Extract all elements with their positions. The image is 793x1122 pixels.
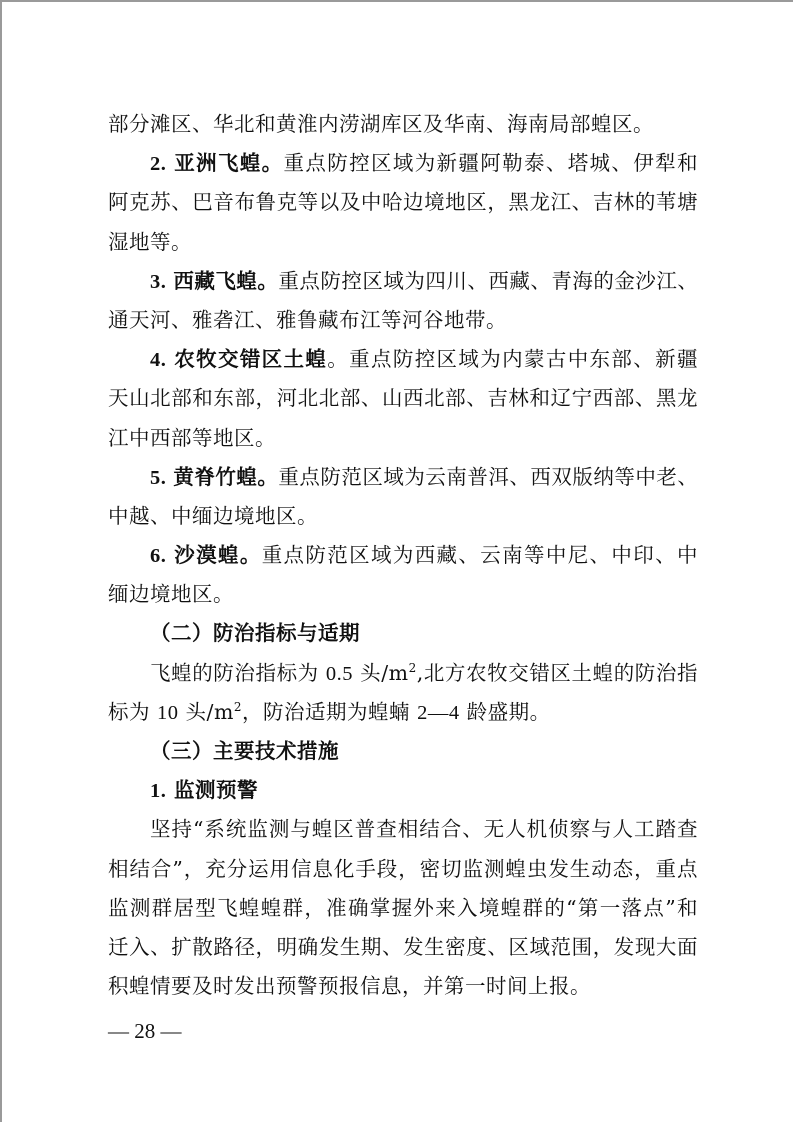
item-text: 重点防控区域为四川、西藏、青海的金沙江、 [278,269,698,293]
item-number: 2. [150,153,166,175]
item-title: 亚洲飞蝗。 [174,151,283,175]
text-span: 龄盛期。 [460,700,551,724]
paragraph-line: 部分滩区、华北和黄淮内涝湖库区及华南、海南局部蝗区。 [108,105,698,144]
text-span: 飞蝗的防治指标为 [150,661,326,685]
subsection-number: 1. [150,780,166,802]
section-heading-3: （三）主要技术措施 [108,732,698,771]
item-text: 重点防范区域为西藏、云南等中尼、中印、中 [262,543,698,567]
paragraph-line: 监测群居型飞蝗蝗群，准确掌握外来入境蝗群的“第一落点”和 [108,889,698,928]
threshold-value: 0.5 [326,663,353,685]
item-number: 4. [150,349,166,371]
item-4-line: 4. 农牧交错区土蝗。重点防控区域为内蒙古中东部、新疆 [108,340,698,379]
page-number: — 28 — [108,1019,182,1044]
text-span: ，防治适期为蝗蝻 [242,700,417,724]
item-number: 6. [150,545,166,567]
paragraph-line: 中越、中缅边境地区。 [108,497,698,536]
item-number: 5. [150,467,166,489]
paragraph-line: 缅边境地区。 [108,575,698,614]
paragraph-line: 天山北部和东部，河北北部、山西北部、吉林和辽宁西部、黑龙 [108,379,698,418]
superscript: 2 [409,661,417,675]
item-number: 3. [150,271,166,293]
paragraph-line: 阿克苏、巴音布鲁克等以及中哈边境地区，黑龙江、吉林的苇塘 [108,183,698,222]
page-content: 部分滩区、华北和黄淮内涝湖库区及华南、海南局部蝗区。 2. 亚洲飞蝗。重点防控区… [108,105,698,1006]
text-span: ,北方农牧交错区土蝗的防治指 [417,661,698,685]
item-text: 重点防控区域为新疆阿勒泰、塔城、伊犁和 [284,151,698,175]
item-title: 沙漠蝗。 [174,543,261,567]
subsection-title: 监测预警 [174,778,258,802]
text-span: 头/m [353,661,409,685]
item-5-line: 5. 黄脊竹蝗。重点防范区域为云南普洱、西双版纳等中老、 [108,458,698,497]
text-span: 头/m [179,700,234,724]
paragraph-line: 通天河、雅砻江、雅鲁藏布江等河谷地带。 [108,301,698,340]
paragraph-line: 湿地等。 [108,223,698,262]
paragraph-line: 标为 10 头/m2，防治适期为蝗蝻 2—4 龄盛期。 [108,693,698,732]
item-3-line: 3. 西藏飞蝗。重点防控区域为四川、西藏、青海的金沙江、 [108,262,698,301]
threshold-value: 10 [157,702,179,724]
paragraph-line: 坚持“系统监测与蝗区普查相结合、无人机侦察与人工踏查 [108,810,698,849]
subsection-heading-1: 1. 监测预警 [108,771,698,810]
paragraph-line: 飞蝗的防治指标为 0.5 头/m2,北方农牧交错区土蝗的防治指 [108,654,698,693]
item-text: 重点防范区域为云南普洱、西双版纳等中老、 [278,465,698,489]
document-page: 部分滩区、华北和黄淮内涝湖库区及华南、海南局部蝗区。 2. 亚洲飞蝗。重点防控区… [0,0,793,1122]
paragraph-line: 迁入、扩散路径，明确发生期、发生密度、区域范围，发现大面 [108,928,698,967]
paragraph-line: 江中西部等地区。 [108,419,698,458]
text-span: 标为 [108,700,157,724]
item-title: 农牧交错区土蝗 [174,347,327,371]
paragraph-line: 积蝗情要及时发出预警预报信息，并第一时间上报。 [108,967,698,1006]
superscript: 2 [234,700,242,714]
item-title: 黄脊竹蝗。 [173,465,278,489]
section-heading-2: （二）防治指标与适期 [108,614,698,653]
item-6-line: 6. 沙漠蝗。重点防范区域为西藏、云南等中尼、中印、中 [108,536,698,575]
item-2-line: 2. 亚洲飞蝗。重点防控区域为新疆阿勒泰、塔城、伊犁和 [108,144,698,183]
paragraph-line: 相结合”，充分运用信息化手段，密切监测蝗虫发生动态，重点 [108,850,698,889]
age-range: 2—4 [417,702,460,724]
item-title: 西藏飞蝗。 [173,269,278,293]
item-text: 。重点防控区域为内蒙古中东部、新疆 [327,347,698,371]
